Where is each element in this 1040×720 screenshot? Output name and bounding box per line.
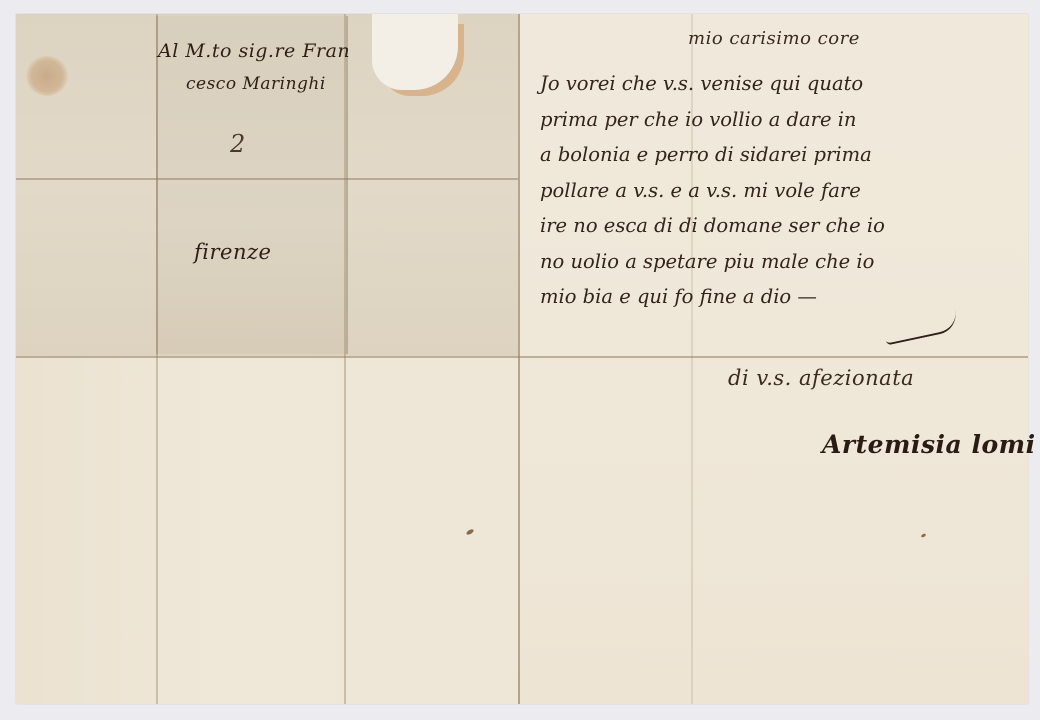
fold-line	[16, 356, 1028, 358]
letter-salutation: mio carisimo core	[688, 28, 860, 49]
address-cover	[156, 16, 348, 354]
address-line-1: Al M.to sig.re Fran	[158, 40, 350, 62]
letter-line: mio bia e qui fo fine a dio —	[540, 279, 885, 315]
letter-body: Jo vorei che v.s. venise qui quato prima…	[540, 66, 885, 315]
letter-line: Jo vorei che v.s. venise qui quato	[540, 66, 885, 102]
letter-line: prima per che io vollio a dare in	[540, 102, 885, 138]
fold-line	[16, 178, 518, 180]
letter-signature: Artemisia lomi	[822, 430, 1036, 459]
letter-closing: di v.s. afezionata	[728, 366, 914, 390]
letter-line: no uolio a spetare piu male che io	[540, 244, 885, 280]
letter-line: a bolonia e perro di sidarei prima	[540, 137, 885, 173]
address-city: firenze	[194, 240, 271, 264]
letter-line: ire no esca di di domane ser che io	[540, 208, 885, 244]
address-mark: 2	[230, 130, 246, 158]
center-fold	[518, 14, 520, 704]
fold-line	[156, 14, 158, 704]
letter-line: pollare a v.s. e a v.s. mi vole fare	[540, 173, 885, 209]
fold-line	[344, 14, 346, 704]
seal-stain	[26, 56, 68, 96]
address-line-2: cesco Maringhi	[186, 74, 326, 94]
